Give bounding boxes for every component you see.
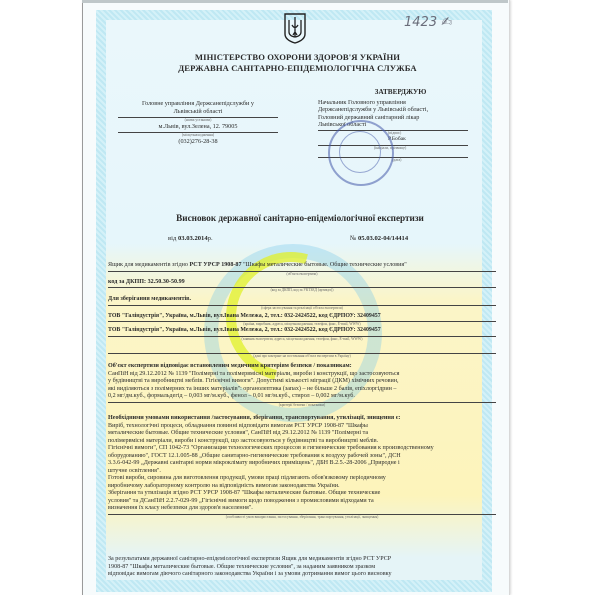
approval-line1: Начальник Головного управління	[318, 99, 483, 107]
number-value: 05.03.02-04/14414	[358, 235, 408, 242]
object-caption: (об'єкта експертизи)	[108, 272, 496, 277]
conditions-heading: Необхідними умовами використання /застос…	[108, 415, 496, 423]
conditions-line: Готові вироби, сировина для виготовлення…	[108, 475, 496, 483]
conditions-line: Гігієнічні вимоги", СП 1042-73 "Организа…	[108, 445, 496, 453]
conditions-line: полімервмісні матеріали, вироби і констр…	[108, 438, 496, 446]
conclusion-line: 1908-87 "Шкафы металические бытовые. Общ…	[108, 564, 496, 572]
issuer-name-line1: Головне управління Держсанепідслужби у	[118, 100, 278, 108]
applicant: ТОВ "Галіндустрія", Україна, м.Львів, ву…	[108, 327, 496, 337]
date-value: 03.03.2014	[178, 235, 208, 242]
issuer-name-line2: Львівській області	[118, 108, 278, 118]
conclusion-line: За результатами державної санітарно-епід…	[108, 556, 496, 564]
criteria-line: у будівництві та виробництві меблів. Гіг…	[108, 378, 496, 386]
conditions-section: Необхідними умовами використання /застос…	[108, 415, 496, 520]
conditions-line: штучне освітлення".	[108, 468, 496, 476]
document-number: № 05.03.02-04/14414	[350, 235, 408, 242]
criteria-line: які виділяються з полімерних та інших ма…	[108, 386, 496, 394]
service-name: ДЕРЖАВНА САНІТАРНО-ЕПІДЕМІОЛОГІЧНА СЛУЖБ…	[0, 63, 595, 74]
criteria-line: 0,2 мг/дм.куб., формальдегід – 0,003 мг/…	[108, 393, 496, 403]
approval-title: ЗАТВЕРДЖУЮ	[318, 89, 483, 97]
conditions-line: оборудованию", ГОСТ 12.1.005-88 „Общие с…	[108, 453, 496, 461]
criteria-caption: (критерії безпеки / показники)	[108, 403, 496, 408]
manufacturer: ТОВ "Галіндустрія", Україна, м.Львів, ву…	[108, 313, 496, 323]
ministry-header: МІНІСТЕРСТВО ОХОРОНИ ЗДОРОВ'Я УКРАЇНИ ДЕ…	[0, 52, 595, 74]
issuer-block: Головне управління Держсанепідслужби у Л…	[118, 100, 278, 146]
conditions-line: металические бытовые. Общие технические …	[108, 430, 496, 438]
object-section: Ящик для медикаментів згідно РСТ УРСР 19…	[108, 262, 496, 359]
code-caption: (код за ДКПП, код за УКТЗЕД (артикул))	[108, 288, 496, 293]
date-prefix: від	[168, 235, 176, 242]
object-name: Ящик для медикаментів згідно РСТ УРСР 19…	[108, 262, 496, 272]
ministry-name: МІНІСТЕРСТВО ОХОРОНИ ЗДОРОВ'Я УКРАЇНИ	[0, 52, 595, 63]
criteria-section: Об'єкт експертизи відповідає встановлени…	[108, 363, 496, 408]
import-contract-line	[108, 342, 496, 354]
conclusion-line: відповідає вимогам діючого санітарного з…	[108, 571, 496, 579]
conditions-line: Виріб, технологічні процеси, обладнання …	[108, 423, 496, 431]
official-stamp-icon	[328, 120, 394, 186]
purpose-caption: (сфера застосування та реалізації об'єкт…	[108, 306, 496, 311]
ukraine-coat-of-arms-icon	[283, 12, 307, 44]
document-date: від 03.03.2014р.	[168, 235, 213, 242]
date-suffix: р.	[208, 235, 213, 242]
document-title: Висновок державної санітарно-епідеміолог…	[90, 213, 510, 223]
issuer-phone: (032)276-28-38	[118, 138, 278, 146]
conditions-line: Зберігання та утилізація згідно РСТ УРСР…	[108, 490, 496, 498]
code-value: 32.50.30-50.99	[148, 279, 185, 285]
conditions-line: визначення їх класу небезпеки для здоров…	[108, 505, 496, 515]
approval-line3: Головний державний санітарний лікар	[318, 114, 483, 122]
object-name-rest: "Шкафы металические бытовые. Общие техни…	[243, 262, 407, 268]
handwritten-registration-number: 1423 ✍	[404, 15, 452, 30]
code-label: код за ДКПП:	[108, 279, 146, 285]
conditions-line: 3.3.6-042-99 „Державні санітарні норми м…	[108, 460, 496, 468]
criteria-heading: Об'єкт експертизи відповідає встановлени…	[108, 363, 496, 371]
conditions-caption: (особливості умов використання, застосув…	[108, 515, 496, 520]
criteria-line: СанПіН від 29.12.2012 № 1139 "Полімерні …	[108, 371, 496, 379]
number-prefix: №	[350, 235, 356, 242]
object-purpose: Для зберігання медикаментів.	[108, 296, 496, 306]
issuer-address: м.Львів, вул.Зелена, 12. 79005	[118, 123, 278, 133]
conditions-line: условия" та ДСанПіН 2.2.7-029-99 „Гігієн…	[108, 498, 496, 506]
conditions-line: виробничому лабораторному контролю на ві…	[108, 483, 496, 491]
object-standard: РСТ УРСР 1908-87	[190, 262, 242, 268]
approval-line2: Держсанепідслужби у Львівській області,	[318, 106, 483, 114]
object-name-plain: Ящик для медикаментів згідно	[108, 262, 188, 268]
import-caption: (дані про контракт на постачання об'єкта…	[108, 354, 496, 359]
object-code: код за ДКПП: 32.50.30-50.99	[108, 279, 496, 289]
conclusion-section: За результатами державної санітарно-епід…	[108, 556, 496, 579]
